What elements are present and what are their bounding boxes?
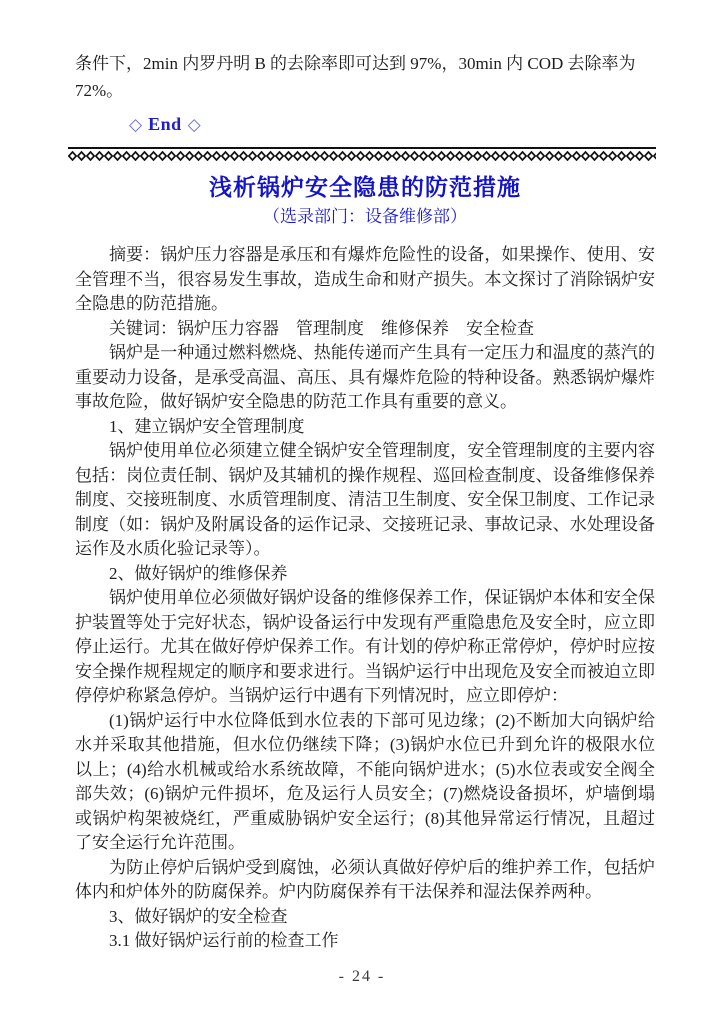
section-2-heading: 2、做好锅炉的维修保养 [75, 562, 655, 587]
section-3-heading: 3、做好锅炉的安全检查 [75, 905, 655, 930]
section-1-body: 锅炉使用单位必须建立健全锅炉安全管理制度，安全管理制度的主要内容包括：岗位责任制… [75, 439, 655, 562]
abstract-paragraph: 摘要：锅炉压力容器是承压和有爆炸危险性的设备，如果操作、使用、安全管理不当，很容… [75, 243, 655, 317]
section-1-heading: 1、建立锅炉安全管理制度 [75, 415, 655, 440]
diamond-icon: ◇ [182, 115, 207, 134]
end-marker: ◇End◇ [75, 112, 655, 137]
end-label: End [148, 114, 182, 134]
article-body: 摘要：锅炉压力容器是承压和有爆炸危险性的设备，如果操作、使用、安全管理不当，很容… [75, 243, 655, 954]
article-subtitle: （选录部门：设备维修部） [75, 205, 655, 229]
emergency-stop-conditions: (1)锅炉运行中水位降低到水位表的下部可见边缘；(2)不断加大向锅炉给水并采取其… [75, 709, 655, 856]
section-3-1-heading: 3.1 做好锅炉运行前的检查工作 [75, 929, 655, 954]
section-divider [68, 147, 656, 161]
previous-article-line: 72%。 [75, 77, 655, 104]
section-2-body: 锅炉使用单位必须做好锅炉设备的维修保养工作，保证锅炉本体和安全保护装置等处于完好… [75, 586, 655, 709]
anticorrosion-paragraph: 为防止停炉后锅炉受到腐蚀，必须认真做好停炉后的维护养工作，包括炉体内和炉体外的防… [75, 856, 655, 905]
divider-rule [68, 147, 656, 149]
keywords-line: 关键词：锅炉压力容器 管理制度 维修保养 安全检查 [75, 317, 655, 342]
intro-paragraph: 锅炉是一种通过燃料燃烧、热能传递而产生具有一定压力和温度的蒸汽的重要动力设备，是… [75, 341, 655, 415]
page-number: - 24 - [0, 968, 724, 986]
article-title: 浅析锅炉安全隐患的防范措施 [75, 172, 655, 202]
previous-article-tail: 条件下，2min 内罗丹明 B 的去除率即可达到 97%，30min 内 COD… [75, 50, 655, 104]
previous-article-line: 条件下，2min 内罗丹明 B 的去除率即可达到 97%，30min 内 COD… [75, 50, 655, 77]
diamond-icon: ◇ [123, 115, 148, 134]
zigzag-pattern [68, 151, 656, 161]
document-page: 条件下，2min 内罗丹明 B 的去除率即可达到 97%，30min 内 COD… [0, 0, 724, 1024]
